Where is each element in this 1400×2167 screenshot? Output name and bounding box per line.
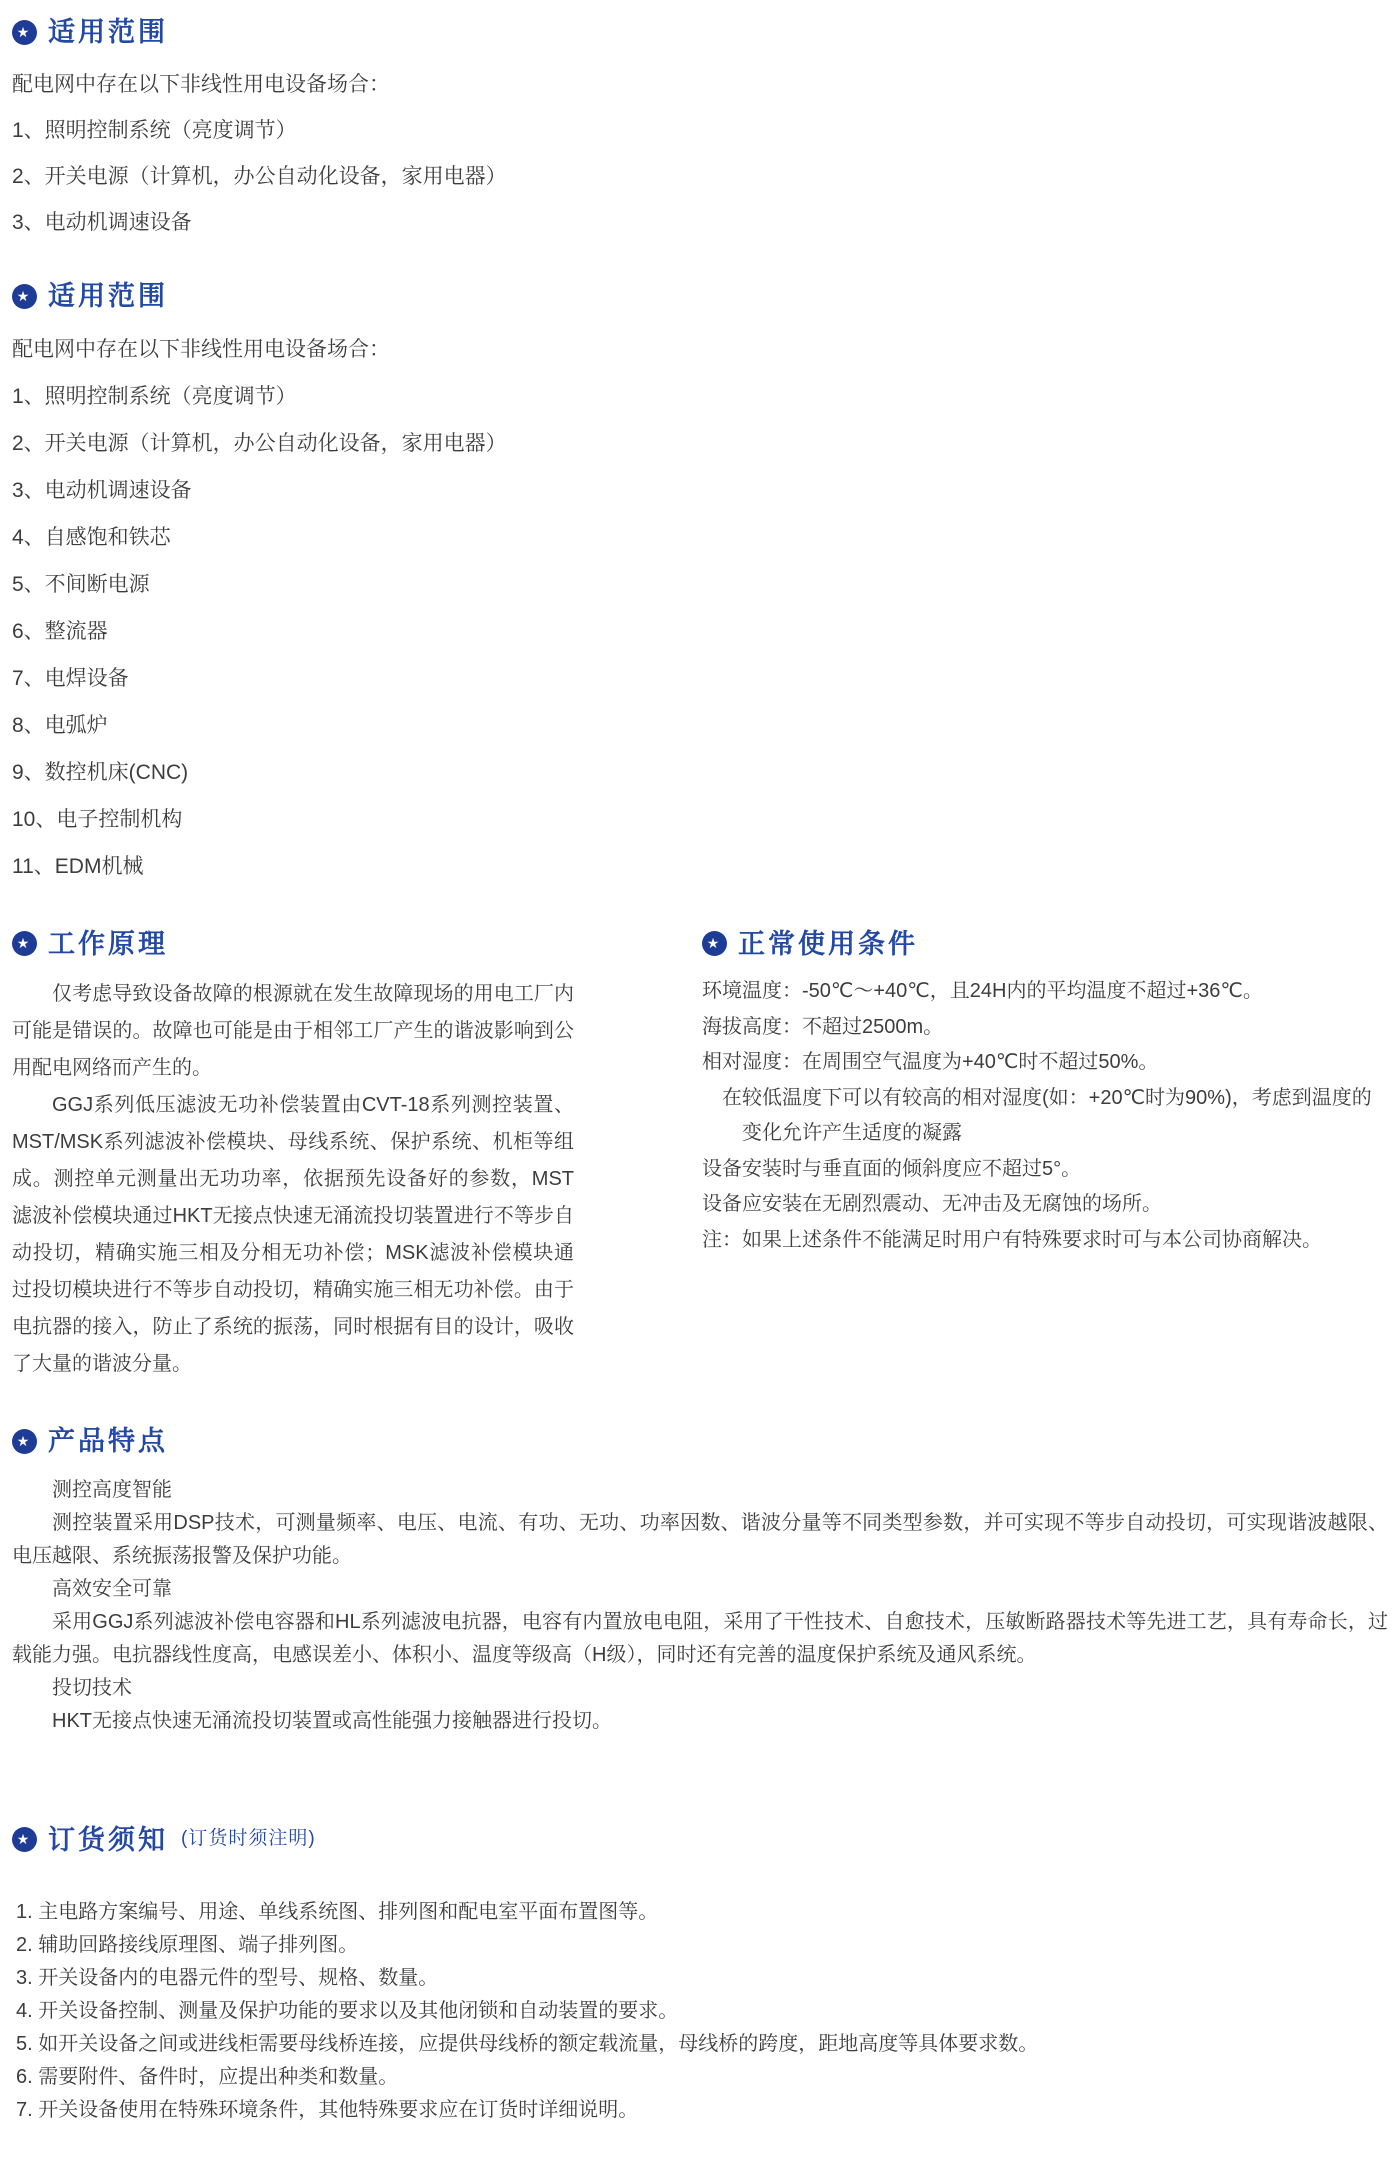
feature-line: 测控装置采用DSP技术，可测量频率、电压、电流、有功、无功、功率因数、谐波分量等… xyxy=(12,1507,1388,1573)
two-column-area: ★ 工作原理 仅考虑导致设备故障的根源就在发生故障现场的用电工厂内可能是错误的。… xyxy=(12,928,1388,1383)
section-title: 订货须知 xyxy=(48,1824,168,1856)
star-glyph: ★ xyxy=(17,1434,33,1448)
ordering-item: 3. 开关设备内的电器元件的型号、规格、数量。 xyxy=(12,1962,1388,1995)
section-product-features: ★ 产品特点 测控高度智能测控装置采用DSP技术，可测量频率、电压、电流、有功、… xyxy=(12,1425,1388,1737)
feature-line: 高效安全可靠 xyxy=(12,1573,1388,1606)
section-heading: ★ 订货须知 (订货时须注明) xyxy=(12,1824,1388,1856)
star-icon: ★ xyxy=(12,1827,37,1852)
section-title: 正常使用条件 xyxy=(738,928,918,960)
scope-list: 1、照明控制系统（亮度调节）2、开关电源（计算机，办公自动化设备，家用电器）3、… xyxy=(12,114,1388,236)
principle-paragraph: GGJ系列低压滤波无功补偿装置由CVT-18系列测控装置、MST/MSK系列滤波… xyxy=(12,1087,574,1383)
principle-paragraphs: 仅考虑导致设备故障的根源就在发生故障现场的用电工厂内可能是错误的。故障也可能是由… xyxy=(12,976,574,1383)
list-item: 2、开关电源（计算机，办公自动化设备，家用电器） xyxy=(12,160,1388,190)
list-item: 9、数控机床(CNC) xyxy=(12,756,1388,786)
document-page: ★ 适用范围 配电网中存在以下非线性用电设备场合： 1、照明控制系统（亮度调节）… xyxy=(0,0,1400,2167)
features-list: 测控高度智能测控装置采用DSP技术，可测量频率、电压、电流、有功、无功、功率因数… xyxy=(12,1474,1388,1738)
list-item: 7、电焊设备 xyxy=(12,662,1388,692)
star-glyph: ★ xyxy=(17,936,33,950)
condition-line: 设备安装时与垂直面的倾斜度应不超过5°。 xyxy=(702,1152,1388,1188)
list-item: 8、电弧炉 xyxy=(12,709,1388,739)
conditions-list: 环境温度：-50℃～+40℃，且24H内的平均温度不超过+36℃。海拔高度：不超… xyxy=(702,974,1388,1258)
star-glyph: ★ xyxy=(17,1832,33,1846)
ordering-item: 6. 需要附件、备件时，应提出种类和数量。 xyxy=(12,2061,1388,2094)
condition-line: 海拔高度：不超过2500m。 xyxy=(702,1010,1388,1046)
list-item: 10、电子控制机构 xyxy=(12,803,1388,833)
feature-line: 采用GGJ系列滤波补偿电容器和HL系列滤波电抗器，电容有内置放电电阻，采用了干性… xyxy=(12,1606,1388,1672)
list-item: 1、照明控制系统（亮度调节） xyxy=(12,114,1388,144)
section-heading: ★ 适用范围 xyxy=(12,280,1388,312)
section-title: 工作原理 xyxy=(48,928,168,960)
condition-line: 注：如果上述条件不能满足时用户有特殊要求时可与本公司协商解决。 xyxy=(702,1223,1388,1259)
condition-line: 环境温度：-50℃～+40℃，且24H内的平均温度不超过+36℃。 xyxy=(702,974,1388,1010)
star-glyph: ★ xyxy=(17,289,33,303)
section-heading: ★ 产品特点 xyxy=(12,1425,1388,1457)
star-icon: ★ xyxy=(12,931,37,956)
list-item: 4、自感饱和铁芯 xyxy=(12,521,1388,551)
list-item: 5、不间断电源 xyxy=(12,568,1388,598)
section-scope-1: ★ 适用范围 配电网中存在以下非线性用电设备场合： 1、照明控制系统（亮度调节）… xyxy=(12,16,1388,236)
ordering-item: 2. 辅助回路接线原理图、端子排列图。 xyxy=(12,1929,1388,1962)
section-working-principle: ★ 工作原理 仅考虑导致设备故障的根源就在发生故障现场的用电工厂内可能是错误的。… xyxy=(12,928,574,1383)
list-item: 2、开关电源（计算机，办公自动化设备，家用电器） xyxy=(12,427,1388,457)
condition-line: 在较低温度下可以有较高的相对湿度(如：+20℃时为90%)，考虑到温度的变化允许… xyxy=(742,1081,1388,1152)
section-ordering-notes: ★ 订货须知 (订货时须注明) 1. 主电路方案编号、用途、单线系统图、排列图和… xyxy=(12,1824,1388,2127)
star-icon: ★ xyxy=(12,20,37,45)
section-heading: ★ 适用范围 xyxy=(12,16,1388,48)
star-icon: ★ xyxy=(12,284,37,309)
ordering-list: 1. 主电路方案编号、用途、单线系统图、排列图和配电室平面布置图等。2. 辅助回… xyxy=(12,1896,1388,2127)
star-icon: ★ xyxy=(702,931,727,956)
feature-line: HKT无接点快速无涌流投切装置或高性能强力接触器进行投切。 xyxy=(12,1705,1388,1738)
section-heading: ★ 正常使用条件 xyxy=(702,928,1388,960)
condition-line: 设备应安装在无剧烈震动、无冲击及无腐蚀的场所。 xyxy=(702,1187,1388,1223)
list-item: 3、电动机调速设备 xyxy=(12,206,1388,236)
scope-intro: 配电网中存在以下非线性用电设备场合： xyxy=(12,68,1388,98)
section-title: 适用范围 xyxy=(48,280,168,312)
principle-paragraph: 仅考虑导致设备故障的根源就在发生故障现场的用电工厂内可能是错误的。故障也可能是由… xyxy=(12,976,574,1087)
feature-line: 测控高度智能 xyxy=(12,1474,1388,1507)
section-operating-conditions: ★ 正常使用条件 环境温度：-50℃～+40℃，且24H内的平均温度不超过+36… xyxy=(702,928,1388,1383)
star-icon: ★ xyxy=(12,1429,37,1454)
ordering-item: 4. 开关设备控制、测量及保护功能的要求以及其他闭锁和自动装置的要求。 xyxy=(12,1995,1388,2028)
feature-line: 投切技术 xyxy=(12,1672,1388,1705)
star-glyph: ★ xyxy=(17,25,33,39)
scope-intro: 配电网中存在以下非线性用电设备场合： xyxy=(12,333,1388,363)
condition-line: 相对湿度：在周围空气温度为+40℃时不超过50%。 xyxy=(702,1045,1388,1081)
section-title: 产品特点 xyxy=(48,1425,168,1457)
list-item: 6、整流器 xyxy=(12,615,1388,645)
scope-list: 1、照明控制系统（亮度调节）2、开关电源（计算机，办公自动化设备，家用电器）3、… xyxy=(12,380,1388,880)
ordering-item: 1. 主电路方案编号、用途、单线系统图、排列图和配电室平面布置图等。 xyxy=(12,1896,1388,1929)
ordering-item: 7. 开关设备使用在特殊环境条件，其他特殊要求应在订货时详细说明。 xyxy=(12,2094,1388,2127)
section-title: 适用范围 xyxy=(48,16,168,48)
section-scope-2: ★ 适用范围 配电网中存在以下非线性用电设备场合： 1、照明控制系统（亮度调节）… xyxy=(12,280,1388,879)
list-item: 11、EDM机械 xyxy=(12,850,1388,880)
ordering-item: 5. 如开关设备之间或进线柜需要母线桥连接，应提供母线桥的额定载流量，母线桥的跨… xyxy=(12,2028,1388,2061)
ordering-subtitle: (订货时须注明) xyxy=(181,1828,316,1851)
list-item: 1、照明控制系统（亮度调节） xyxy=(12,380,1388,410)
list-item: 3、电动机调速设备 xyxy=(12,474,1388,504)
star-glyph: ★ xyxy=(707,936,723,950)
section-heading: ★ 工作原理 xyxy=(12,928,574,960)
